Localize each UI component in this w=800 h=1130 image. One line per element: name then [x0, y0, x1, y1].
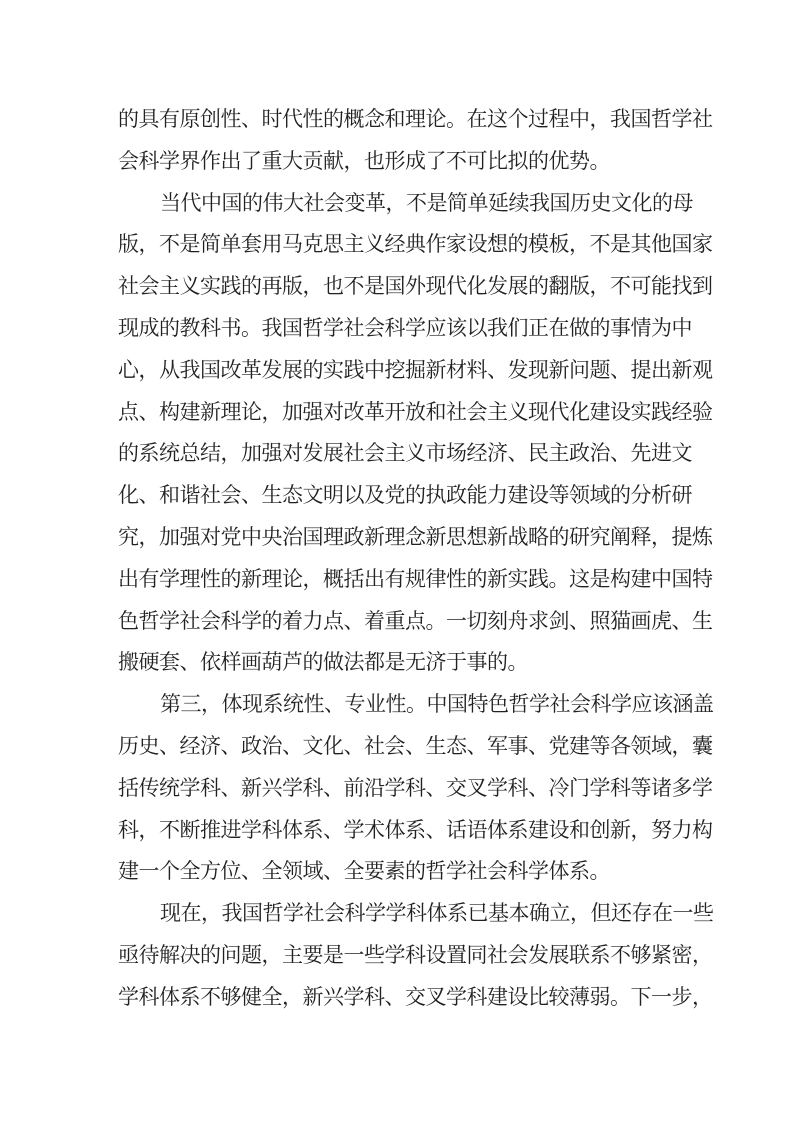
text-line: 出有学理性的新理论，概括出有规律性的新实践。这是构建中国特 — [118, 559, 684, 601]
text-line: 色哲学社会科学的着力点、着重点。一切刻舟求剑、照猫画虎、生 — [118, 601, 684, 643]
text-line: 的具有原创性、时代性的概念和理论。在这个过程中，我国哲学社 — [118, 99, 684, 141]
text-line: 建一个全方位、全领域、全要素的哲学社会科学体系。 — [118, 851, 684, 893]
text-line: 化、和谐社会、生态文明以及党的执政能力建设等领域的分析研 — [118, 475, 684, 517]
text-line: 社会主义实践的再版，也不是国外现代化发展的翻版，不可能找到 — [118, 266, 684, 308]
text-line: 会科学界作出了重大贡献，也形成了不可比拟的优势。 — [118, 141, 684, 183]
text-line: 点、构建新理论，加强对改革开放和社会主义现代化建设实践经验 — [118, 392, 684, 434]
document-page: 的具有原创性、时代性的概念和理论。在这个过程中，我国哲学社会科学界作出了重大贡献… — [0, 0, 800, 1130]
text-line: 现在，我国哲学社会科学学科体系已基本确立，但还存在一些 — [118, 893, 684, 935]
text-line: 的系统总结，加强对发展社会主义市场经济、民主政治、先进文 — [118, 433, 684, 475]
text-line: 心，从我国改革发展的实践中挖掘新材料、发现新问题、提出新观 — [118, 350, 684, 392]
text-line: 学科体系不够健全，新兴学科、交叉学科建设比较薄弱。下一步， — [118, 977, 684, 1019]
text-line: 第三，体现系统性、专业性。中国特色哲学社会科学应该涵盖 — [118, 684, 684, 726]
text-line: 现成的教科书。我国哲学社会科学应该以我们正在做的事情为中 — [118, 308, 684, 350]
text-line: 究，加强对党中央治国理政新理念新思想新战略的研究阐释，提炼 — [118, 517, 684, 559]
text-line: 当代中国的伟大社会变革，不是简单延续我国历史文化的母 — [118, 183, 684, 225]
text-line: 版，不是简单套用马克思主义经典作家设想的模板，不是其他国家 — [118, 224, 684, 266]
text-line: 亟待解决的问题，主要是一些学科设置同社会发展联系不够紧密， — [118, 935, 684, 977]
text-line: 历史、经济、政治、文化、社会、生态、军事、党建等各领域，囊 — [118, 726, 684, 768]
text-line: 搬硬套、依样画葫芦的做法都是无济于事的。 — [118, 642, 684, 684]
body-text-block: 的具有原创性、时代性的概念和理论。在这个过程中，我国哲学社会科学界作出了重大贡献… — [118, 99, 684, 1019]
text-line: 科，不断推进学科体系、学术体系、话语体系建设和创新，努力构 — [118, 810, 684, 852]
text-line: 括传统学科、新兴学科、前沿学科、交叉学科、冷门学科等诸多学 — [118, 768, 684, 810]
